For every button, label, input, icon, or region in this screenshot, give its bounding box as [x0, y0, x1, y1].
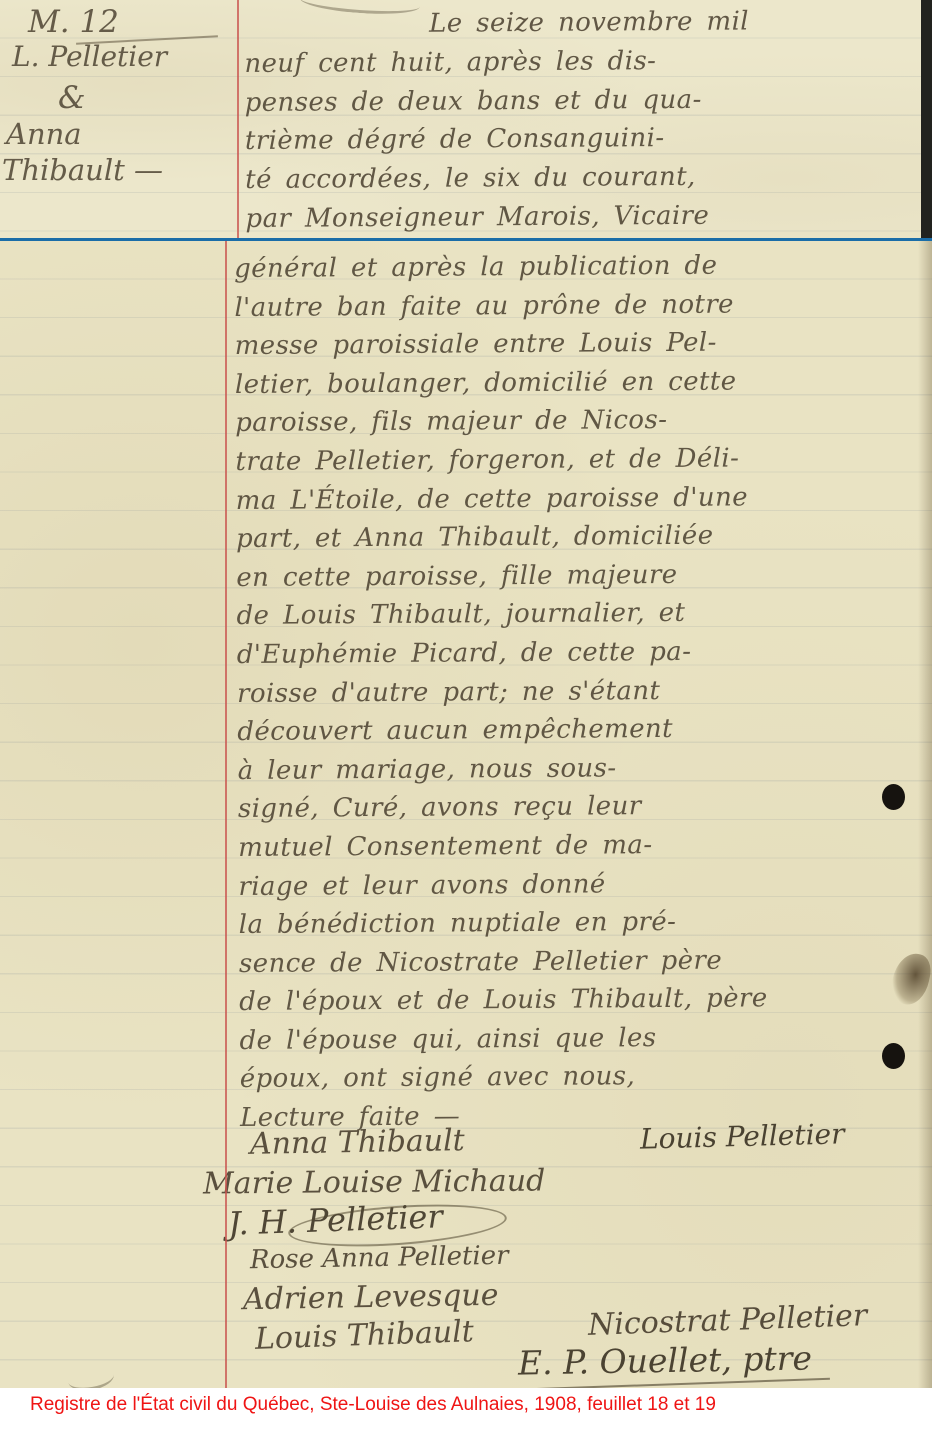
handwriting-line: par Monseigneur Marois, Vicaire [245, 195, 925, 238]
handwriting-line: roisse d'autre part; ne s'étant [237, 670, 932, 713]
cutoff-pen-stroke-bottom [66, 1363, 115, 1388]
handwriting-line: en cette paroisse, fille majeure [236, 554, 931, 597]
margin-bride-last-name: Thibault — [2, 153, 163, 187]
signature-witness-adrien: Adrien Levesque [243, 1278, 499, 1317]
red-margin-rule-main [225, 241, 227, 1388]
handwriting-line: général et après la publication de [234, 245, 929, 288]
handwriting-line: té accordées, le six du courant, [245, 156, 925, 200]
handwriting-line: sence de Nicostrate Pelletier père [239, 940, 932, 983]
handwriting-line: penses de deux bans et du qua- [245, 79, 925, 123]
handwriting-line: messe paroissiale entre Louis Pel- [235, 322, 930, 365]
red-margin-rule-top [237, 0, 239, 238]
main-page-handwritten-text: général et après la publication del'autr… [234, 245, 932, 1137]
signature-bride: Anna Thibault [250, 1123, 465, 1162]
margin-entry-number: M. 12 [28, 4, 119, 40]
handwriting-line: la bénédiction nuptiale en pré- [239, 901, 932, 944]
handwriting-line: de l'époux et de Louis Thibault, père [239, 978, 932, 1021]
handwriting-line: trième dégré de Consanguini- [245, 118, 925, 162]
handwriting-line: de l'épouse qui, ainsi que les [239, 1017, 932, 1060]
handwriting-line: mutuel Consentement de ma- [238, 824, 932, 867]
margin-bride-first-name: Anna [6, 117, 82, 151]
signature-groom-father: Nicostrat Pelletier [587, 1298, 867, 1343]
handwriting-line: découvert aucun empêchement [237, 708, 932, 751]
signature-witness-marie: Marie Louise Michaud [203, 1164, 546, 1202]
caption-bar: Registre de l'État civil du Québec, Ste-… [0, 1388, 932, 1437]
handwriting-line: letier, boulanger, domicilié en cette [235, 361, 930, 404]
margin-groom-name: L. Pelletier [12, 40, 167, 73]
handwriting-line: l'autre ban faite au prône de notre [234, 284, 929, 327]
signature-priest: E. P. Ouellet, ptre [518, 1338, 813, 1382]
handwriting-line: d'Euphémie Picard, de cette pa- [237, 631, 932, 674]
handwriting-line: part, et Anna Thibault, domiciliée [236, 515, 931, 558]
caption-text: Registre de l'État civil du Québec, Ste-… [30, 1394, 716, 1416]
handwriting-line: de Louis Thibault, journalier, et [236, 592, 931, 635]
signature-groom: Louis Pelletier [640, 1117, 845, 1155]
register-scan-top-page: M. 12 L. Pelletier & Anna Thibault — Le … [0, 0, 932, 238]
handwriting-line: neuf cent huit, après les dis- [244, 40, 924, 84]
signature-bride-father: Louis Thibault [254, 1314, 474, 1357]
ink-blot-dot-lower [882, 1043, 905, 1069]
margin-ampersand: & [58, 80, 86, 116]
scan-dark-edge [921, 0, 932, 238]
signature-witness-rose: Rose Anna Pelletier [250, 1241, 509, 1276]
handwriting-line: Le seize novembre mil [244, 1, 924, 45]
ink-blot-dot-upper [882, 784, 905, 810]
scan-edge-shadow [918, 241, 932, 1388]
handwriting-line: à leur mariage, nous sous- [238, 747, 932, 790]
register-scan-main-page: général et après la publication del'autr… [0, 241, 932, 1388]
handwriting-line: paroisse, fils majeur de Nicos- [235, 400, 930, 443]
handwriting-line: riage et leur avons donné [238, 863, 932, 906]
top-page-handwritten-text: Le seize novembre milneuf cent huit, apr… [244, 1, 926, 238]
handwriting-line: signé, Curé, avons reçu leur [238, 785, 932, 828]
handwriting-line: ma L'Étoile, de cette paroisse d'une [236, 477, 931, 520]
handwriting-line: trate Pelletier, forgeron, et de Déli- [235, 438, 930, 481]
handwriting-line: époux, ont signé avec nous, [240, 1056, 932, 1099]
